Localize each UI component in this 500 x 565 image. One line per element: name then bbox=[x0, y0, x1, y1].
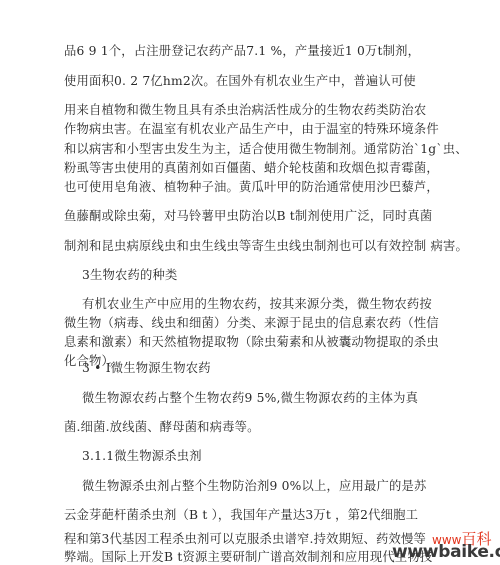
text-line-5: 和以病害和小型害虫发生为主，适合使用微生物制剂。通常防治`1g`虫、 bbox=[64, 142, 468, 156]
text-line-12: 微生物（病毒、线虫和细菌）分类、来源于昆虫的信息素农药（性信 bbox=[64, 316, 439, 330]
text-line-21: 程和第3代基因工程杀虫剂可以克服杀虫谱窄.持效期短、药效慢等 bbox=[64, 532, 426, 546]
text-line-13: 息素和激素）和天然植物提取物（除虫菊素和从被囊动物提取的杀虫 bbox=[64, 335, 439, 349]
text-line-7: 也可使用皂角液、植物种子油。黄瓜叶甲的防治通常使用沙巴藜芦， bbox=[64, 180, 439, 194]
text-line-11: 有机农业生产中应用的生物农药，按其来源分类，微生物农药按 bbox=[82, 297, 432, 311]
text-line-3: 用来自植物和微生物且具有杀虫治病活性成分的生物农药类防治农 bbox=[64, 103, 426, 117]
section-heading-3-1-1: 3.1.1微生物源杀虫剂 bbox=[82, 449, 202, 463]
section-heading-3: 3生物农药的种类 bbox=[82, 268, 178, 282]
text-line-1: 品6 9 1个，占注册登记农药产品7.1 %，产量接近1 0万t制剂， bbox=[64, 44, 420, 58]
text-line-17: 菌.细菌.放线菌、酵母菌和病毒等。 bbox=[64, 420, 260, 434]
text-line-4: 作物病虫害。在温室有机农业产品生产中，由于温室的特殊环境条件 bbox=[64, 122, 439, 136]
text-line-16: 微生物源农药占整个生物农药9 5%,微生物源农药的主体为真 bbox=[82, 391, 418, 405]
section-heading-3-1: 3 • I微生物源生物农药 bbox=[82, 361, 211, 375]
text-line-20: 云金芽葩杆菌杀虫剂（B t ），我国年产量达3万t ，第2代细胞工 bbox=[64, 508, 418, 522]
text-line-19: 微生物源杀虫剂占整个生物防治剂9 0%以上，应用最广的是苏 bbox=[82, 479, 426, 493]
text-line-22: 弊端。国际上开发B t资源主要研制广谱高效制剂和应用现代生物技 bbox=[64, 550, 432, 564]
text-line-6: 粉虱等害虫使用的真菌剂如百僵菌、蜡介轮枝菌和玫烟色拟青霉菌， bbox=[64, 161, 439, 175]
watermark-en: wwwbaike.com bbox=[392, 542, 500, 562]
text-line-2: 使用面积0. 2 7亿hm2次。在国外有机农业生产中，普遍认可使 bbox=[64, 74, 416, 88]
text-line-8: 鱼藤酮或除虫菊，对马铃薯甲虫防治以B t制剂使用广泛，同时真菌 bbox=[64, 209, 432, 223]
text-line-9: 制剂和昆虫病原线虫和虫生线虫等寄生虫线虫制剂也可以有效控制 病害。 bbox=[64, 239, 468, 253]
